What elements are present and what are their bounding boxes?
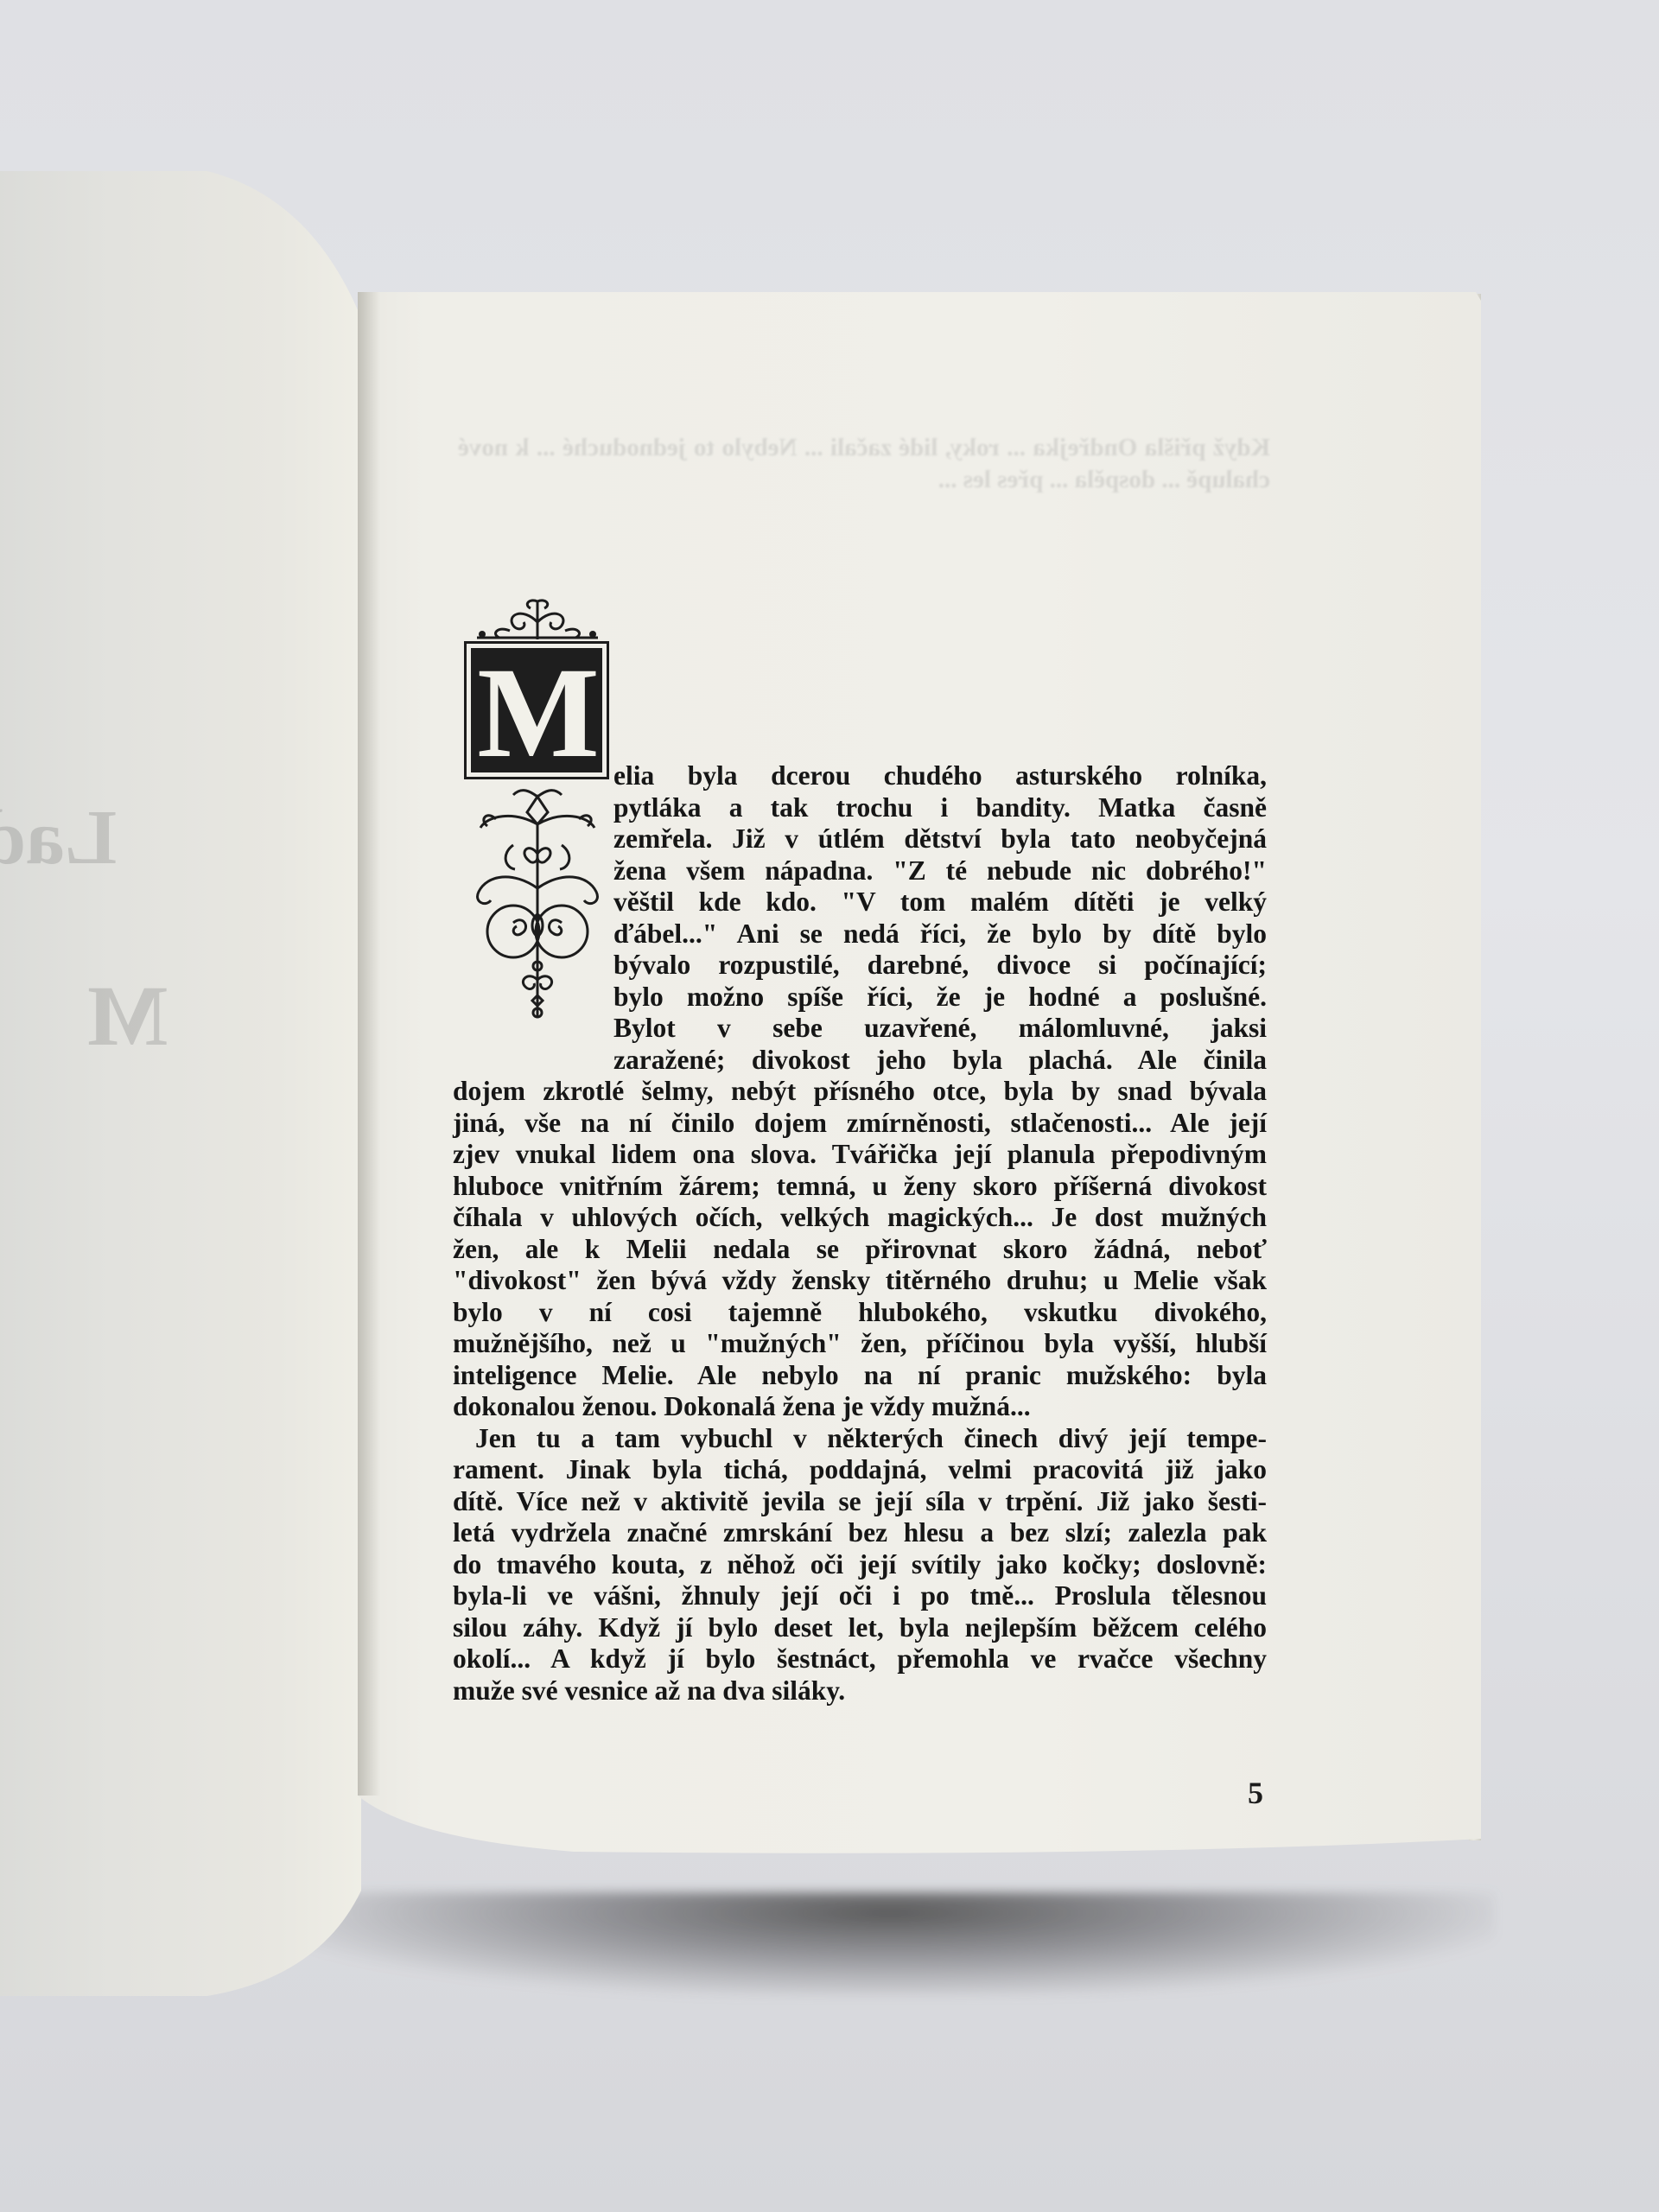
text-line: elia byla dcerou chudého asturského roln… bbox=[613, 760, 1267, 792]
text-line: inteligence Melie. Ale nebylo na ní pran… bbox=[453, 1360, 1267, 1392]
reverse-side-bleed-through: Když přišla Ondřejka ... roky, lidé zača… bbox=[458, 432, 1270, 496]
left-bleed-title: Lad bbox=[0, 793, 117, 882]
text-line: zemřela. Již v útlém dětství byla tato n… bbox=[613, 823, 1267, 855]
text-line: žena všem nápadna. "Z té nebude nic dobr… bbox=[613, 855, 1267, 887]
text-line: bývalo rozpustilé, darebné, divoce si po… bbox=[613, 950, 1267, 982]
text-line: věštil kde kdo. "V tom malém dítěti je v… bbox=[613, 887, 1267, 918]
text-line: silou záhy. Když jí bylo deset let, byla… bbox=[453, 1612, 1267, 1644]
text-line: muže své vesnice až na dva siláky. bbox=[453, 1675, 1267, 1707]
text-line: jiná, vše na ní činilo dojem zmírněnosti… bbox=[453, 1108, 1267, 1140]
booklet-shadow bbox=[285, 1892, 1495, 1996]
initial-background: M bbox=[471, 648, 602, 772]
text-line: do tmavého kouta, z něhož oči její svíti… bbox=[453, 1549, 1267, 1581]
text-line: mužnějšího, než u "mužných" žen, příčino… bbox=[453, 1328, 1267, 1360]
text-line: Bylot v sebe uzavřené, málomluvné, jaksi bbox=[613, 1013, 1267, 1045]
paragraph-2: Jen tu a tam vybuchl v některých činech … bbox=[453, 1423, 1267, 1707]
text-line: bylo možno spíše říci, že je hodné a pos… bbox=[613, 982, 1267, 1014]
text-line: žen, ale k Melii nedala se přirovnat sko… bbox=[453, 1234, 1267, 1266]
page-number: 5 bbox=[1248, 1775, 1263, 1811]
crown-ornament-icon bbox=[461, 596, 613, 645]
paragraph-1: elia byla dcerou chudého asturského roln… bbox=[453, 760, 1267, 1423]
text-line: byla-li ve vášni, žhnuly její oči i po t… bbox=[453, 1580, 1267, 1612]
text-line: pytláka a tak trochu i bandity. Matka ča… bbox=[613, 792, 1267, 824]
text-line: číhala v uhlových očích, velkých magický… bbox=[453, 1202, 1267, 1234]
text-line: zjev vnukal lidem ona slova. Tvářička je… bbox=[453, 1139, 1267, 1171]
text-line: hluboce vnitřním žárem; temná, u ženy sk… bbox=[453, 1171, 1267, 1203]
text-line: dítě. Více než v aktivitě jevila se její… bbox=[453, 1486, 1267, 1518]
text-line: zaražené; divokost jeho byla plachá. Ale… bbox=[613, 1045, 1267, 1077]
initial-letter: M bbox=[477, 648, 596, 778]
text-line: Jen tu a tam vybuchl v některých činech … bbox=[453, 1423, 1267, 1455]
text-line: letá vydržela značné zmrskání bez hlesu … bbox=[453, 1517, 1267, 1549]
initial-frame: M bbox=[464, 641, 609, 779]
book-gutter bbox=[358, 292, 380, 1796]
body-text: elia byla dcerou chudého asturského roln… bbox=[453, 760, 1267, 1707]
text-line: ďábel..." Ani se nedá říci, že bylo by d… bbox=[613, 918, 1267, 950]
text-line: rament. Jinak byla tichá, poddajná, velm… bbox=[453, 1454, 1267, 1486]
photo-scene: Lad M F I dn Když přišla Ondřejka ... ro… bbox=[0, 0, 1659, 2212]
text-line: dojem zkrotlé šelmy, nebýt přísného otce… bbox=[453, 1076, 1267, 1108]
text-line: bylo v ní cosi tajemně hlubokého, vskutk… bbox=[453, 1297, 1267, 1329]
text-line: dokonalou ženou. Dokonalá žena je vždy m… bbox=[453, 1391, 1267, 1423]
text-line: "divokost" žen bývá vždy žensky titěrnéh… bbox=[453, 1265, 1267, 1297]
left-page: Lad M F I dn bbox=[0, 171, 361, 1996]
text-line: okolí... A když jí bylo šestnáct, přemoh… bbox=[453, 1643, 1267, 1675]
left-bleed-initial: M bbox=[86, 966, 168, 1065]
